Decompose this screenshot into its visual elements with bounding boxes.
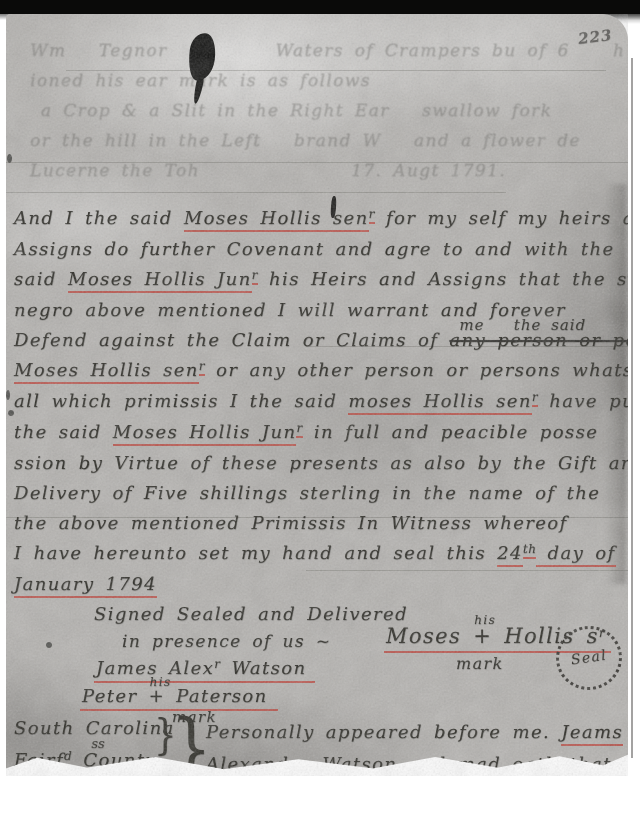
signer-mark-cross: + <box>473 624 492 648</box>
document-page: 223 Wm Tegnor Waters of Crampers bu of 6… <box>6 14 628 776</box>
body-text: for my self my heirs and <box>375 208 628 229</box>
red-underlined-text: Moses Hollis Jun <box>113 422 297 446</box>
faint-header-record: Wm Tegnor Waters of Crampers bu of 6 hio… <box>30 36 622 186</box>
his-annotation: his <box>474 613 496 627</box>
body-text: the said <box>14 422 113 443</box>
attestation-county: Fairfd ssCounty <box>14 750 157 771</box>
witness1-name-superscript: r <box>214 657 220 671</box>
ink-speck <box>7 154 12 163</box>
appearer-name-part2: Alexander Watson <box>206 754 397 776</box>
document-text-line: And I the said Moses Hollis senr for my … <box>14 204 626 235</box>
appearer-name-part1: Jeams <box>561 722 623 746</box>
red-underlined-text: th <box>523 542 537 559</box>
witness1-surname: Watson <box>220 658 306 679</box>
faint-text-line: Wm Tegnor Waters of Crampers bu of 6 h <box>30 36 622 66</box>
paper-edge-line <box>631 58 633 758</box>
body-text: ssion by Virtue of these presents as als… <box>14 453 628 474</box>
document-text-line: I have hereunto set my hand and seal thi… <box>14 539 626 570</box>
oath-line-2: Alexander Watson and mad oath that <box>206 754 612 775</box>
his-annotation: his <box>150 675 172 689</box>
witness2-mark-cross: + <box>149 686 165 707</box>
oath-text: and mad oath that <box>397 754 611 775</box>
county-word: County <box>83 750 157 771</box>
document-text-line: Defend against the Claim or Claims of me… <box>14 326 626 356</box>
signer-forename: Moses <box>386 624 461 648</box>
body-text: Assigns do further Covenant and agre to … <box>14 239 615 260</box>
body-text: in full and peacible posse <box>303 422 599 443</box>
seal-label: Seal <box>570 648 608 669</box>
document-text-line: all which primissis I the said moses Hol… <box>14 387 626 418</box>
body-text: I have hereunto set my hand and seal thi… <box>14 543 497 564</box>
document-text-line: Moses Hollis senr or any other person or… <box>14 356 626 387</box>
scan-top-edge <box>0 0 640 14</box>
presence-line: in presence of us ~ <box>122 632 331 652</box>
red-underlined-text: r <box>532 390 538 407</box>
interlined-insertion: me the said <box>459 310 586 340</box>
document-text-line: the said Moses Hollis Junr in full and p… <box>14 418 626 449</box>
document-text-line: ssion by Virtue of these presents as als… <box>14 449 626 479</box>
red-underlined-text: r <box>252 268 258 285</box>
body-text: have put <box>538 391 628 412</box>
attestation-state: South Carolina <box>14 718 175 739</box>
red-underlined-text: moses Hollis sen <box>348 391 531 415</box>
scanned-document-screenshot: 223 Wm Tegnor Waters of Crampers bu of 6… <box>0 0 640 821</box>
faint-text-line: a Crop & a Slit in the Right Ear swallow… <box>30 96 622 126</box>
brace-large: } <box>171 710 212 776</box>
signed-sealed-line: Signed Sealed and Delivered <box>94 604 408 625</box>
red-underlined-text: r <box>199 359 205 376</box>
red-underlined-text: Moses Hollis sen <box>184 208 369 232</box>
body-text: the above mentioned Primissis In Witness… <box>14 513 568 534</box>
county-superscript: d <box>64 749 72 763</box>
document-text-line: Assigns do further Covenant and agre to … <box>14 235 626 265</box>
body-text: or any other person or persons whatsoeve… <box>205 360 628 381</box>
ruled-line <box>6 192 506 193</box>
oath-text: Personally appeared before me. <box>206 722 561 743</box>
corrected-text: me the saidany person or persons <box>449 326 628 356</box>
document-text-line: January 1794 <box>14 570 626 600</box>
ss-annotation: ss <box>91 737 104 752</box>
deed-body-text: And I the said Moses Hollis senr for my … <box>14 204 626 600</box>
faint-text-line: Lucerne the Toh 17. Augt 1791. <box>30 156 622 186</box>
red-underlined-text: day of <box>536 543 615 567</box>
body-text: Defend against the Claim or Claims of <box>14 330 449 351</box>
document-text-line: the above mentioned Primissis In Witness… <box>14 509 626 539</box>
body-text: And I the said <box>14 208 184 229</box>
red-underlined-text: Moses Hollis Jun <box>68 269 252 293</box>
oath-line-1: Personally appeared before me. Jeams <box>206 722 623 743</box>
ink-speck <box>6 390 10 400</box>
faint-text-line: or the hill in the Left brand W and a fl… <box>30 126 622 156</box>
faint-text-line: ioned his ear mark is as follows <box>30 66 622 96</box>
witness2-forename: Peter <box>82 686 149 707</box>
red-underlined-text: 24 <box>497 543 523 567</box>
ink-speck <box>46 642 52 648</box>
body-text: all which primissis I the said <box>14 391 348 412</box>
document-text-line: Delivery of Five shillings sterling in t… <box>14 479 626 509</box>
red-underlined-text: r <box>296 421 302 438</box>
mark-annotation: mark <box>456 654 504 673</box>
red-underlined-text: Moses Hollis sen <box>14 360 199 384</box>
body-text: said <box>14 269 68 290</box>
red-underlined-text: January 1794 <box>14 574 157 598</box>
body-text: Delivery of Five shillings sterling in t… <box>14 483 600 504</box>
witness-signature-james-watson: James Alexr Watson <box>94 658 315 683</box>
body-text: his Heirs and Assigns that the s <box>258 269 628 290</box>
county-name: Fairf <box>14 750 64 771</box>
document-text-line: said Moses Hollis Junr his Heirs and Ass… <box>14 265 626 296</box>
red-underlined-text: r <box>369 207 375 224</box>
